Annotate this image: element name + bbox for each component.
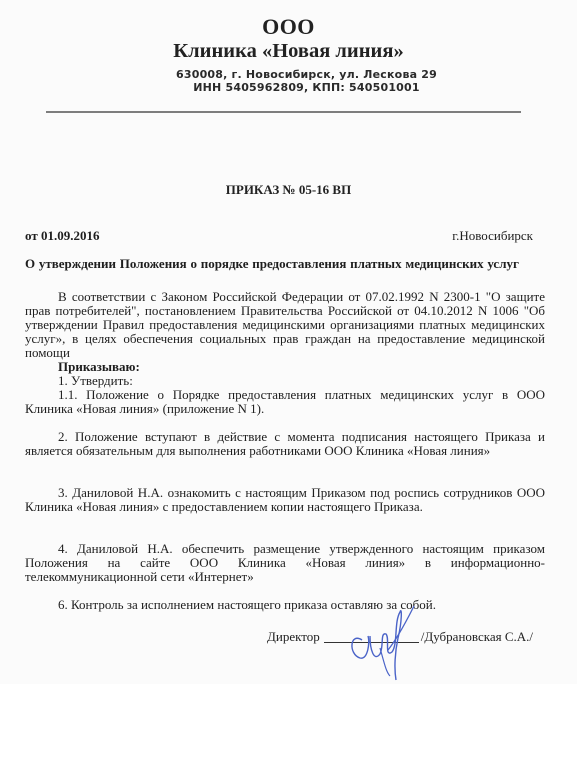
item-3-text: 3. Даниловой Н.А. ознакомить с настоящим… xyxy=(25,485,545,514)
order-heading: Приказываю: xyxy=(58,360,140,374)
document-city: г.Новосибирск xyxy=(452,228,533,244)
document-subject: О утверждении Положения о порядке предос… xyxy=(25,256,519,272)
intro-text: В соответствии с Законом Российской Феде… xyxy=(25,289,545,360)
org-type: ООО xyxy=(0,14,577,40)
org-tax-ids: ИНН 5405962809, КПП: 540501001 xyxy=(18,81,577,94)
item-6: 6. Контроль за исполнением настоящего пр… xyxy=(25,598,545,612)
document-title: ПРИКАЗ № 05-16 ВП xyxy=(0,182,577,198)
document-date: от 01.09.2016 xyxy=(25,228,99,244)
item-4-text: 4. Даниловой Н.А. обеспечить размещение … xyxy=(25,541,545,584)
signer-role: Директор xyxy=(267,629,320,644)
item-2: 2. Положение вступают в действие с момен… xyxy=(25,430,545,458)
item-4: 4. Даниловой Н.А. обеспечить размещение … xyxy=(25,542,545,584)
handwritten-signature-icon xyxy=(340,592,430,682)
org-address: 630008, г. Новосибирск, ул. Лескова 29 xyxy=(18,68,577,81)
item-1: 1. Утвердить: xyxy=(58,374,133,388)
signer-name: /Дубрановская С.А./ xyxy=(421,629,533,644)
header-divider xyxy=(46,111,521,113)
item-1-1-text: 1.1. Положение о Порядке предоставления … xyxy=(25,387,545,416)
item-2-text: 2. Положение вступают в действие с момен… xyxy=(25,429,545,458)
intro-paragraph: В соответствии с Законом Российской Феде… xyxy=(25,290,545,360)
item-1-1: 1.1. Положение о Порядке предоставления … xyxy=(25,388,545,416)
org-name: Клиника «Новая линия» xyxy=(0,40,577,63)
scanned-page: ООО Клиника «Новая линия» 630008, г. Нов… xyxy=(0,0,577,684)
item-3: 3. Даниловой Н.А. ознакомить с настоящим… xyxy=(25,486,545,514)
